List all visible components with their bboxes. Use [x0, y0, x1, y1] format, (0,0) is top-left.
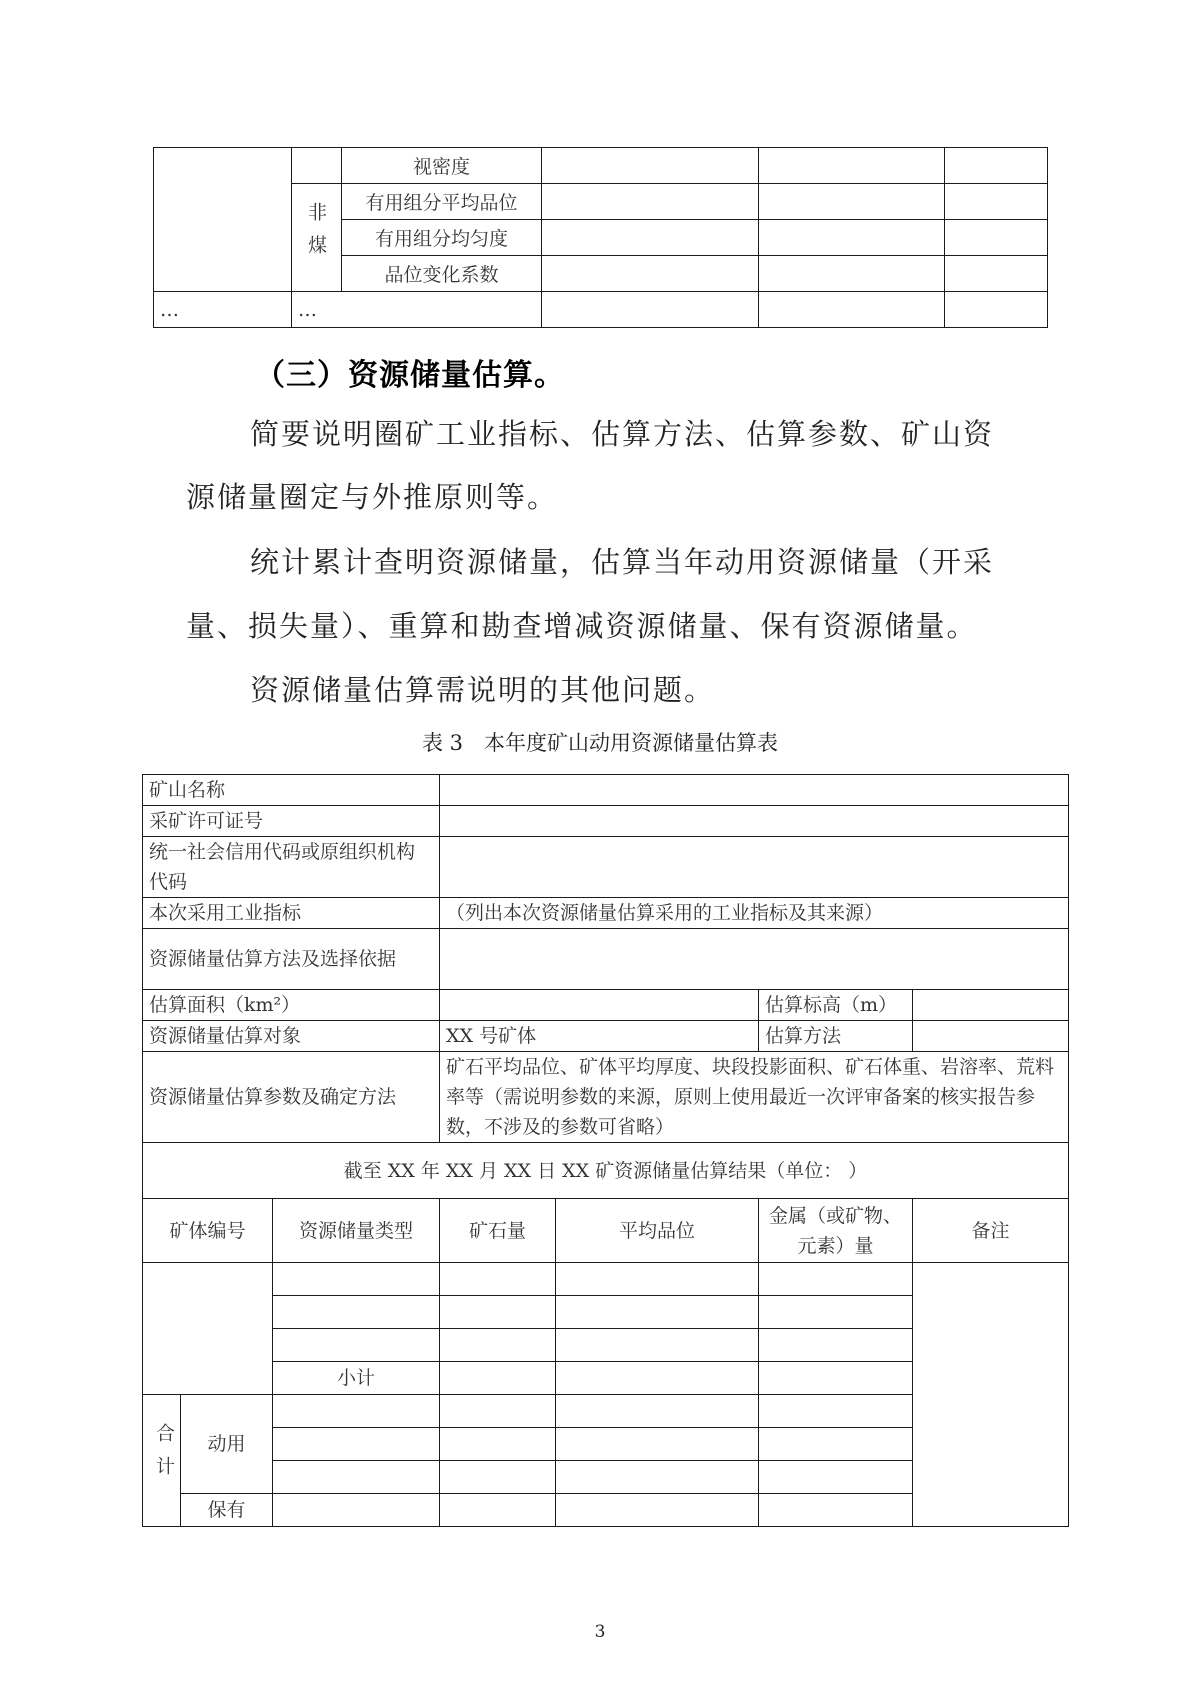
data-cell[interactable] — [440, 1494, 556, 1527]
total-label: 合计 — [143, 1395, 181, 1527]
reserve-estimate-table: 矿山名称 采矿许可证号 统一社会信用代码或原组织机构代码 本次采用工业指标（列出… — [142, 774, 1069, 1527]
data-cell[interactable] — [759, 1428, 913, 1461]
col-header: 平均品位 — [556, 1199, 759, 1263]
field-label-area: 估算面积（km²） — [143, 990, 440, 1021]
data-cell[interactable] — [273, 1296, 440, 1329]
data-cell[interactable] — [273, 1461, 440, 1494]
indicator-label: 品位变化系数 — [342, 256, 542, 292]
data-cell[interactable] — [759, 1329, 913, 1362]
col-header: 备注 — [913, 1199, 1069, 1263]
data-cell[interactable] — [556, 1395, 759, 1428]
data-cell[interactable] — [273, 1329, 440, 1362]
field-value-elevation[interactable] — [913, 990, 1069, 1021]
field-value-credit-code[interactable] — [440, 837, 1069, 898]
paragraph-line: 源储量圈定与外推原则等。 — [186, 475, 558, 516]
data-cell[interactable] — [273, 1395, 440, 1428]
table-cell — [542, 256, 759, 292]
data-cell[interactable] — [759, 1395, 913, 1428]
field-label-industrial-index: 本次采用工业指标 — [143, 898, 440, 929]
data-cell[interactable] — [759, 1263, 913, 1296]
table-cell — [542, 184, 759, 220]
table-cell — [542, 148, 759, 184]
paragraph-line: 统计累计查明资源储量，估算当年动用资源储量（开采 — [250, 540, 994, 581]
field-label-method: 估算方法 — [759, 1021, 913, 1052]
field-value-params[interactable]: 矿石平均品位、矿体平均厚度、块段投影面积、矿石体重、岩溶率、荒料率等（需说明参数… — [440, 1052, 1069, 1143]
data-cell[interactable] — [556, 1329, 759, 1362]
section-heading: （三）资源储量估算。 — [255, 350, 565, 394]
paragraph-line: 简要说明圈矿工业指标、估算方法、估算参数、矿山资 — [250, 412, 994, 453]
table-cell — [542, 292, 759, 328]
table-cell — [945, 184, 1048, 220]
table-cell — [759, 292, 945, 328]
data-cell[interactable] — [440, 1329, 556, 1362]
ellipsis-cell: … — [154, 292, 292, 328]
indicator-label: 有用组分平均品位 — [342, 184, 542, 220]
col-header: 资源储量类型 — [273, 1199, 440, 1263]
field-value-method-basis[interactable] — [440, 929, 1069, 990]
table-cell — [945, 148, 1048, 184]
data-cell[interactable] — [556, 1428, 759, 1461]
table-cell — [759, 256, 945, 292]
data-cell[interactable] — [759, 1296, 913, 1329]
paragraph-line: 资源储量估算需说明的其他问题。 — [250, 668, 715, 709]
col-header: 金属（或矿物、元素）量 — [759, 1199, 913, 1263]
data-cell[interactable] — [440, 1296, 556, 1329]
field-label-mine-name: 矿山名称 — [143, 775, 440, 806]
table-cell — [759, 184, 945, 220]
paragraph-line: 量、损失量）、重算和勘查增减资源储量、保有资源储量。 — [186, 604, 978, 645]
data-cell[interactable] — [556, 1362, 759, 1395]
data-cell[interactable] — [273, 1428, 440, 1461]
field-label-params: 资源储量估算参数及确定方法 — [143, 1052, 440, 1143]
data-cell[interactable] — [556, 1263, 759, 1296]
table-cell — [759, 220, 945, 256]
field-value-mine-name[interactable] — [440, 775, 1069, 806]
col-header: 矿体编号 — [143, 1199, 273, 1263]
data-cell[interactable] — [440, 1395, 556, 1428]
table-cell — [945, 220, 1048, 256]
field-value-method[interactable] — [913, 1021, 1069, 1052]
data-cell[interactable] — [440, 1461, 556, 1494]
data-cell[interactable] — [440, 1428, 556, 1461]
table-cell — [292, 148, 342, 184]
group-label-text: 非煤 — [303, 202, 330, 268]
data-cell[interactable] — [273, 1494, 440, 1527]
data-cell[interactable] — [556, 1296, 759, 1329]
table-cell — [542, 220, 759, 256]
data-cell[interactable] — [759, 1494, 913, 1527]
col-header: 矿石量 — [440, 1199, 556, 1263]
data-cell[interactable] — [759, 1461, 913, 1494]
used-label: 动用 — [181, 1395, 273, 1494]
table-cell — [154, 148, 292, 292]
table-cell — [945, 256, 1048, 292]
field-label-object: 资源储量估算对象 — [143, 1021, 440, 1052]
retained-label: 保有 — [181, 1494, 273, 1527]
orebody-id-cell[interactable] — [143, 1263, 273, 1395]
ellipsis-cell: … — [292, 292, 542, 328]
data-cell[interactable] — [440, 1263, 556, 1296]
field-label-elevation: 估算标高（m） — [759, 990, 913, 1021]
group-label-nonferrous: 非煤 — [292, 184, 342, 292]
indicator-label: 有用组分均匀度 — [342, 220, 542, 256]
field-label-credit-code: 统一社会信用代码或原组织机构代码 — [143, 837, 440, 898]
field-label-license: 采矿许可证号 — [143, 806, 440, 837]
total-label-text: 合计 — [149, 1423, 179, 1489]
data-cell[interactable] — [556, 1494, 759, 1527]
remarks-cell[interactable] — [913, 1263, 1069, 1527]
data-cell[interactable] — [556, 1461, 759, 1494]
data-cell[interactable] — [759, 1362, 913, 1395]
field-value-industrial-index[interactable]: （列出本次资源储量估算采用的工业指标及其来源） — [440, 898, 1069, 929]
indicator-label: 视密度 — [342, 148, 542, 184]
field-value-area[interactable] — [440, 990, 759, 1021]
field-value-object[interactable]: XX 号矿体 — [440, 1021, 759, 1052]
indicator-table: 视密度 非煤 有用组分平均品位 有用组分均匀度 品位变化系数 … … — [153, 147, 1048, 328]
result-title: 截至 XX 年 XX 月 XX 日 XX 矿资源储量估算结果（单位： ） — [143, 1143, 1069, 1199]
table-caption: 表 3 本年度矿山动用资源储量估算表 — [0, 727, 1200, 757]
table-cell — [759, 148, 945, 184]
page-number: 3 — [0, 1622, 1200, 1642]
data-cell[interactable] — [440, 1362, 556, 1395]
table-cell — [945, 292, 1048, 328]
field-label-method-basis: 资源储量估算方法及选择依据 — [143, 929, 440, 990]
subtotal-label: 小计 — [273, 1362, 440, 1395]
field-value-license[interactable] — [440, 806, 1069, 837]
data-cell[interactable] — [273, 1263, 440, 1296]
